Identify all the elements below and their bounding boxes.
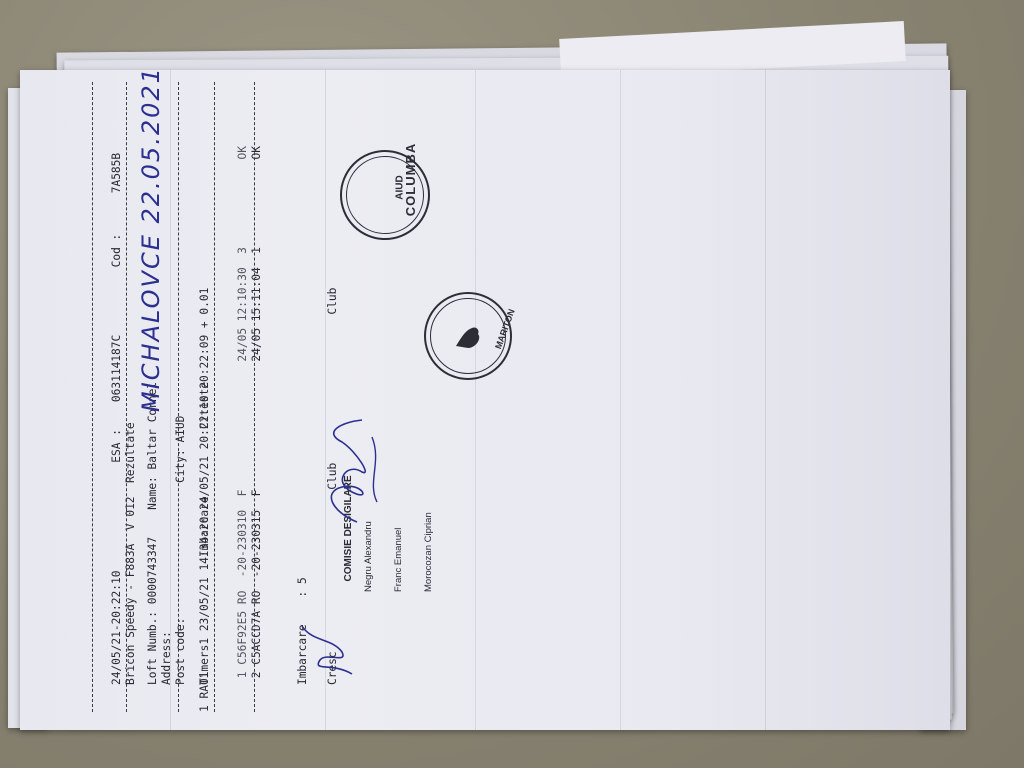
results-printout: 24/05/21-20:22:10 ESA : 063114187C Cod :… <box>92 72 392 712</box>
name-label: Name: <box>146 476 159 510</box>
esa-value: 063114187C <box>110 335 123 402</box>
club-label: Club <box>326 288 339 315</box>
bird-row: 2 C5ACCD7A RO -20-230315 F 24/05 15:11:0… <box>236 146 278 712</box>
timer-row: 1 RA01 1 23/05/21 14:34:20 24/05/21 20:2… <box>198 288 212 712</box>
cod-value: 7A585B <box>110 153 123 193</box>
commission-member: Morocozan Ciprian <box>424 475 434 592</box>
pigeon-icon <box>452 318 484 354</box>
cod-label: Cod : <box>110 234 123 268</box>
signature-commission <box>302 412 397 532</box>
stamp-club-mariton: MARITON <box>424 292 512 380</box>
handwritten-location-date: MICHALOVCE 22.05.2021 <box>144 66 158 412</box>
signature-cresc <box>292 622 362 682</box>
stamp-club-columba: COLUMBA AIUD <box>340 150 430 240</box>
loft-number: 0000743347 <box>146 537 159 604</box>
imbarcare-total-value: : 5 <box>296 577 309 597</box>
